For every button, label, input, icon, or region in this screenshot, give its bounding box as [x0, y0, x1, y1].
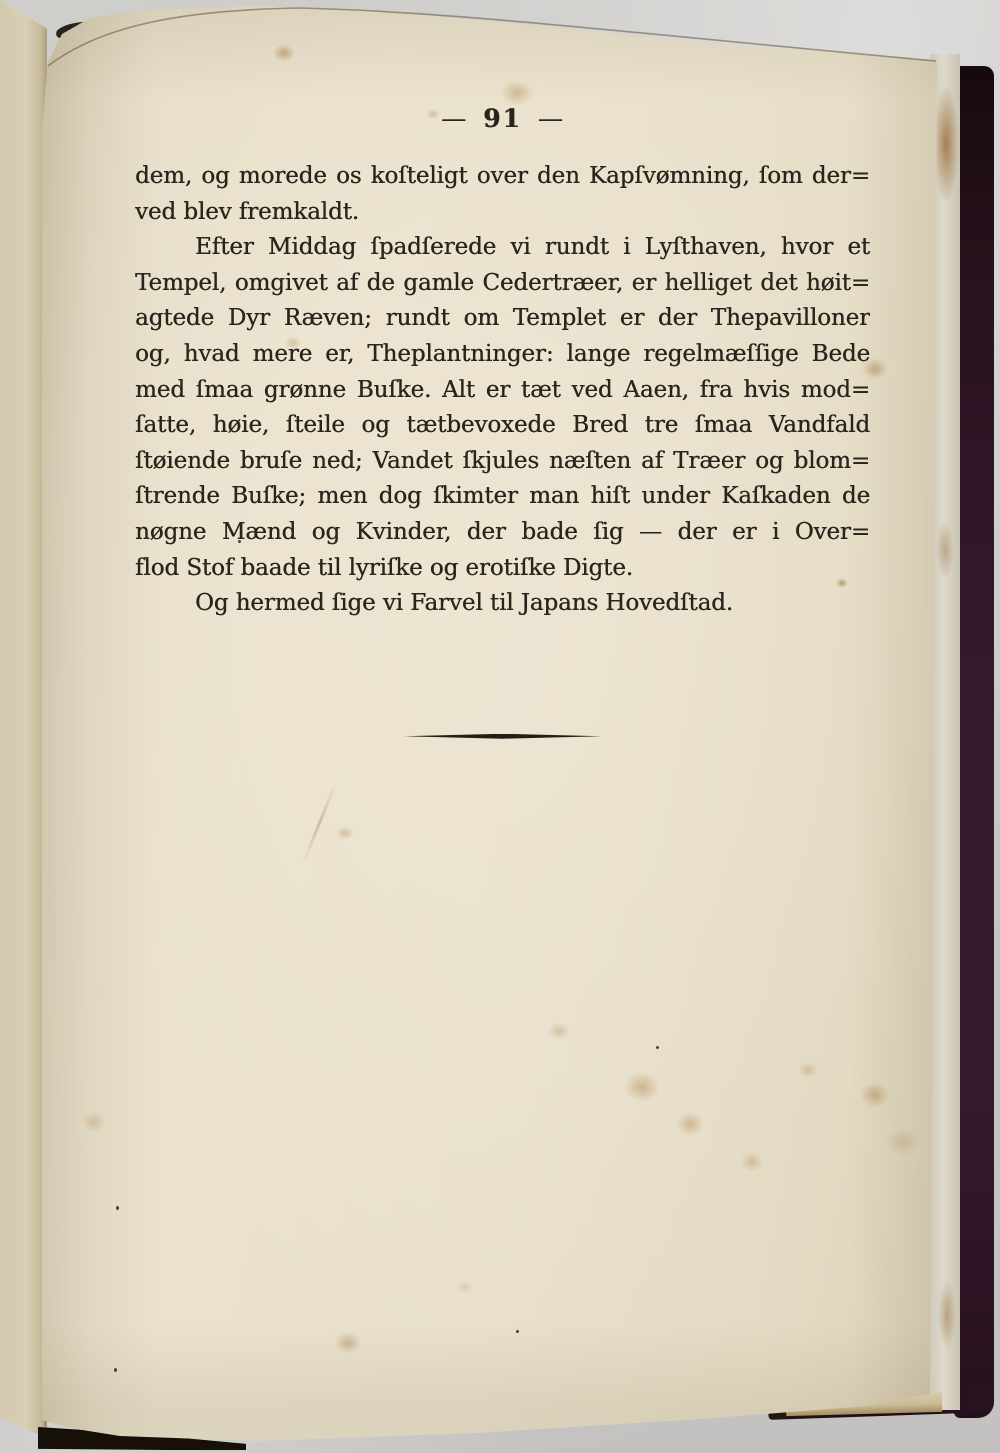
header-dash-left: —: [441, 104, 467, 133]
edge-stain: [933, 84, 959, 204]
text-line: nøgne Mænd og Kvinder, der bade ſig — de…: [135, 515, 870, 551]
text-line: ſatte, høie, ſteile og tætbevoxede Bred …: [135, 408, 870, 444]
edge-stain: [936, 520, 954, 580]
text-column: —91— dem, og morede os koſteligt over de…: [135, 0, 870, 739]
text-line: ſtøiende bruſe ned; Vandet ſkjules næſte…: [135, 444, 870, 480]
text-line: Tempel, omgivet af de gamle Cedertræer, …: [135, 266, 870, 302]
body-text: dem, og morede os koſteligt over den Kap…: [135, 159, 870, 622]
edge-stain: [938, 1280, 956, 1350]
text-line: og, hvad mere er, Theplantninger: lange …: [135, 337, 870, 373]
text-line: dem, og morede os koſteligt over den Kap…: [135, 159, 870, 195]
text-line: med ſmaa grønne Buſke. Alt er tæt ved Aa…: [135, 373, 870, 409]
text-line: ſtrende Buſke; men dog ſkimter man hiſt …: [135, 479, 870, 515]
photo-stage: —91— dem, og morede os koſteligt over de…: [0, 0, 1000, 1453]
page-number: 91: [483, 104, 522, 133]
text-line: Og hermed ſige vi Farvel til Japans Hove…: [135, 586, 870, 622]
page-header: —91—: [135, 104, 870, 133]
header-dash-right: —: [538, 104, 564, 133]
ink-speck: [516, 1330, 519, 1333]
ink-speck: [116, 1206, 119, 1210]
text-line: flod Stof baade til lyriſke og erotiſke …: [135, 551, 870, 587]
text-line: agtede Dyr Ræven; rundt om Templet er de…: [135, 301, 870, 337]
book-cover-right-edge: [954, 66, 994, 1418]
facing-page-edge: [0, 0, 47, 1438]
text-line: ved blev fremkaldt.: [135, 195, 870, 231]
text-line: Efter Middag ſpadſerede vi rundt i Lyſth…: [135, 230, 870, 266]
section-divider-rule: [404, 734, 602, 739]
ink-speck: [114, 1368, 117, 1372]
ink-speck: [656, 1046, 659, 1049]
